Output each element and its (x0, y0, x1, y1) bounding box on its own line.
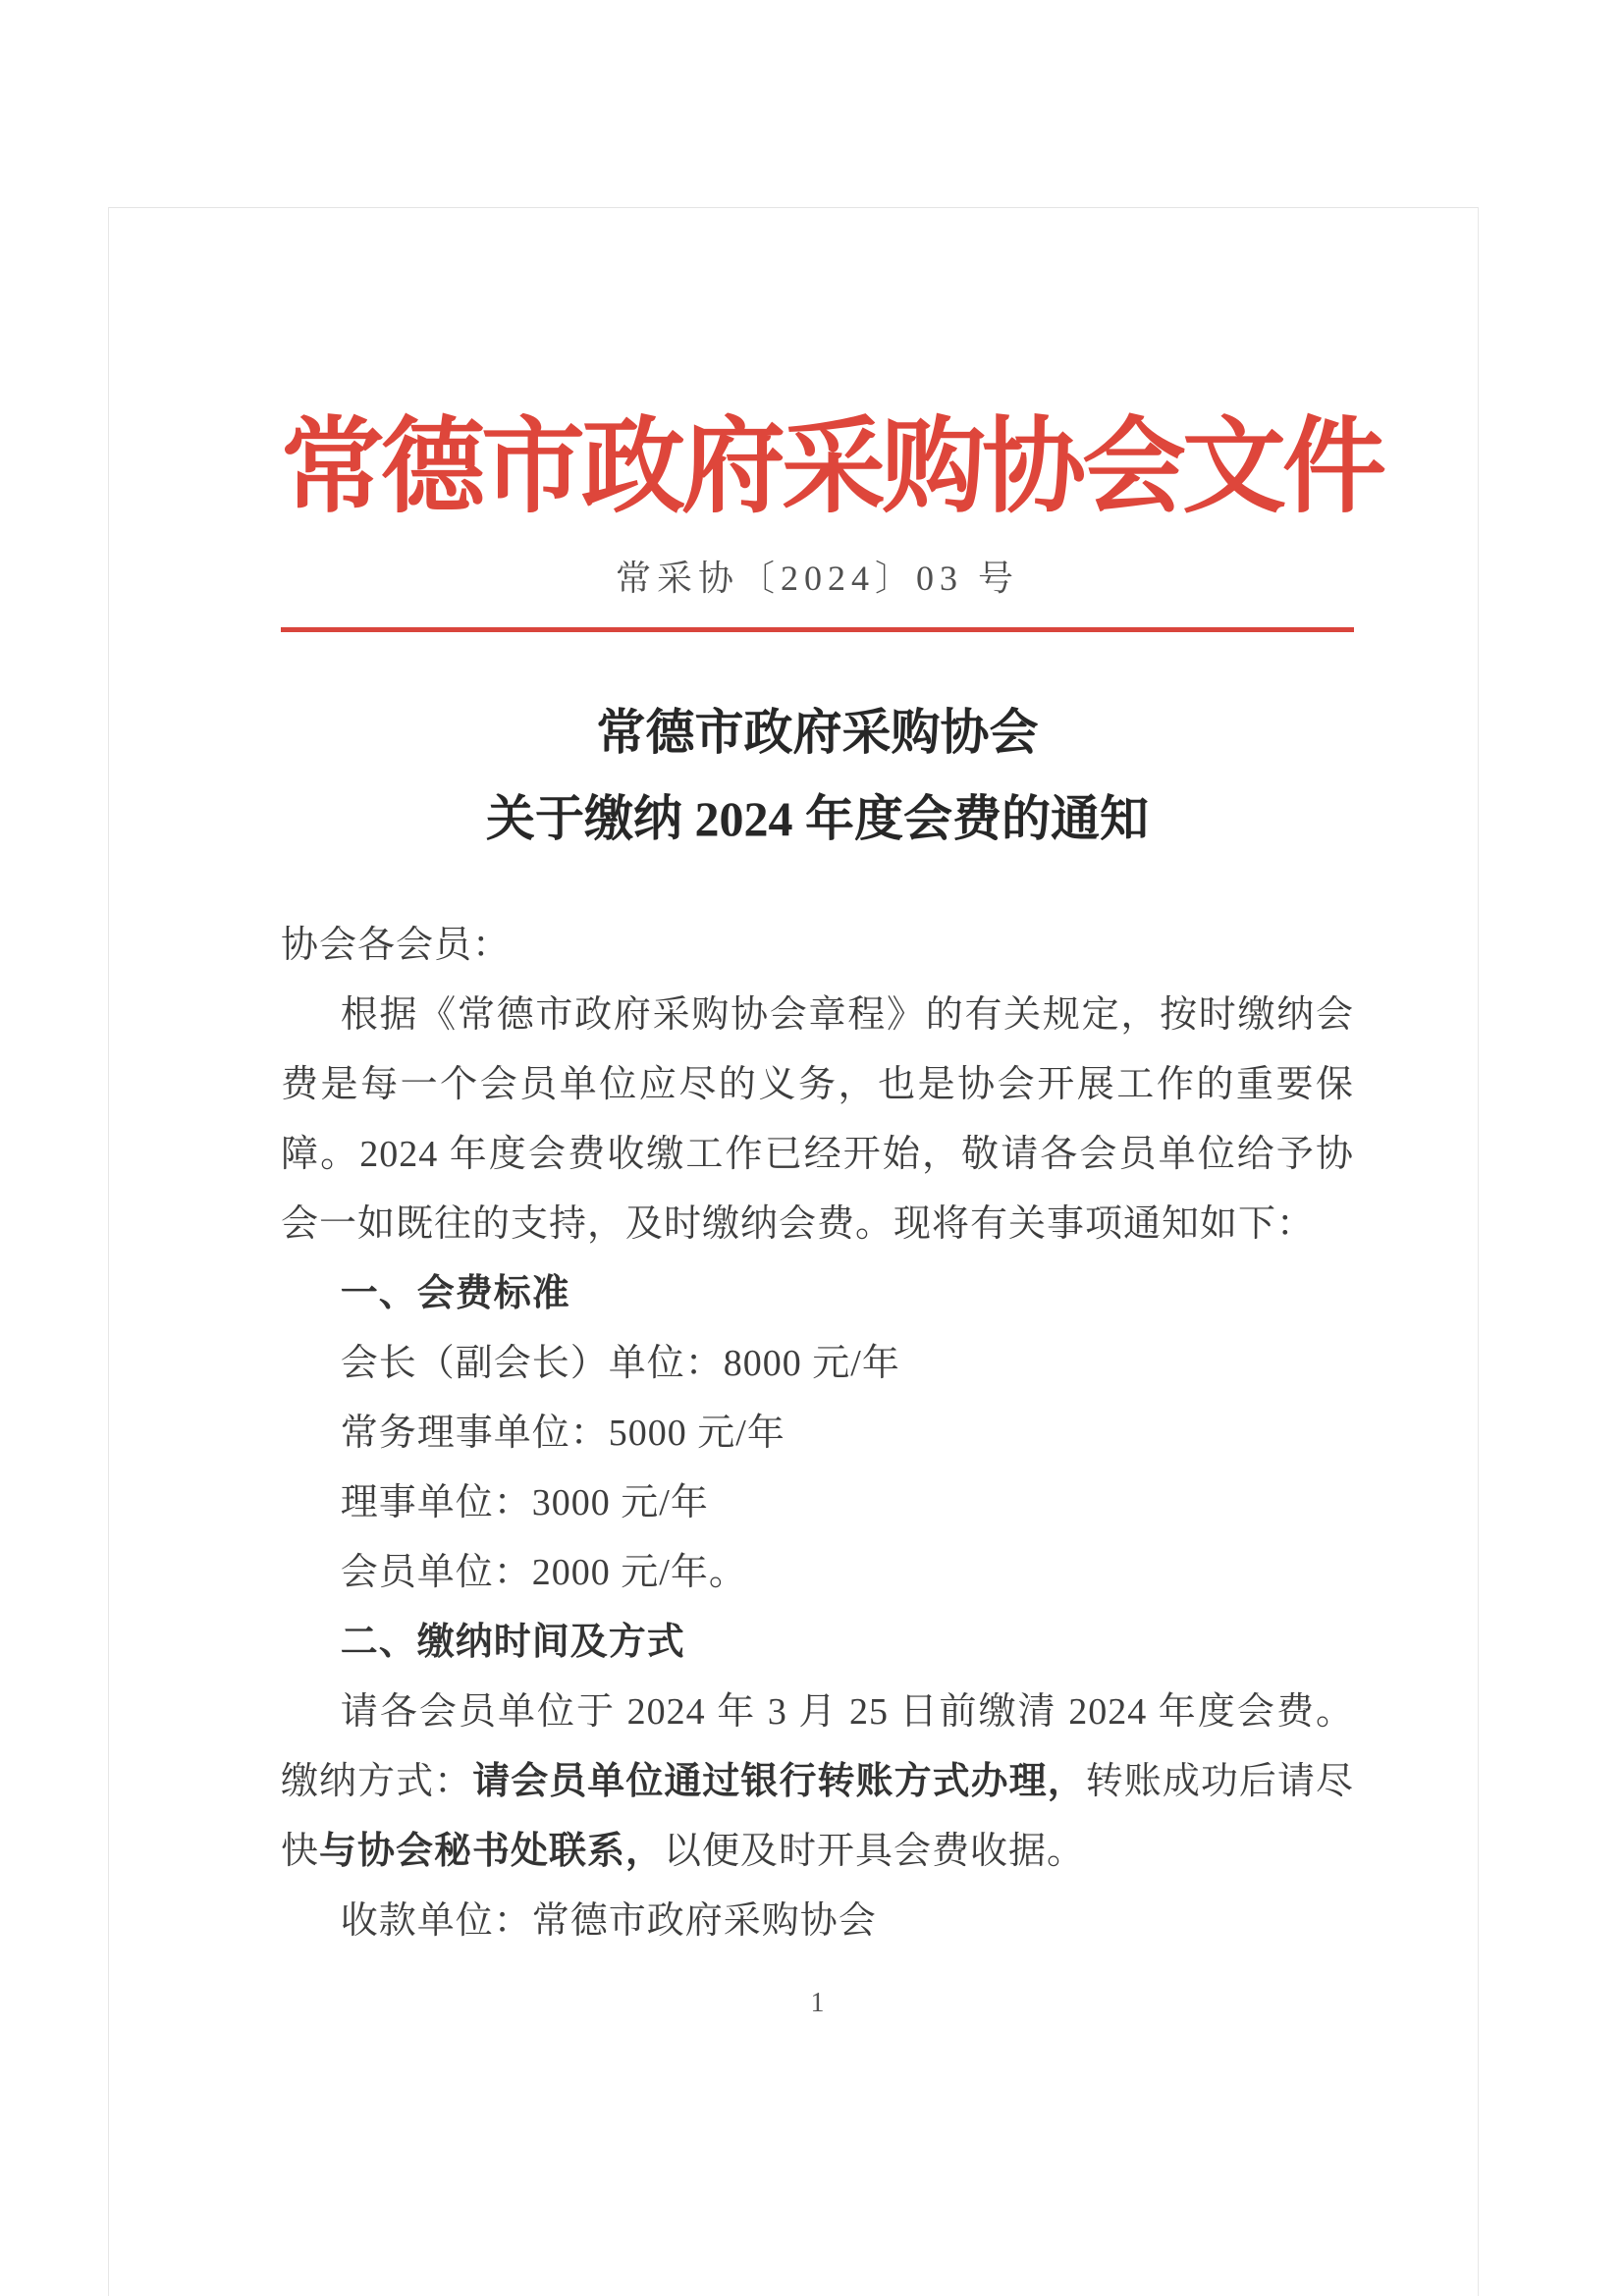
fee-line-executive-director: 常务理事单位：5000 元/年 (281, 1399, 1354, 1468)
payment-run-5: 以便及时开具会费收据。 (664, 1831, 1085, 1872)
payment-run-2-bold: 请会员单位通过银行转账方式办理， (472, 1761, 1086, 1802)
salutation: 协会各会员： (281, 911, 1354, 981)
payee-line: 收款单位：常德市政府采购协会 (281, 1887, 1354, 1956)
payment-run-4-bold: 与协会秘书处联系， (319, 1831, 664, 1872)
red-divider (281, 627, 1354, 632)
fee-line-director: 理事单位：3000 元/年 (281, 1468, 1354, 1538)
page-number: 1 (281, 1984, 1354, 2023)
payment-paragraph: 请各会员单位于 2024 年 3 月 25 日前缴清 2024 年度会费。缴纳方… (281, 1678, 1354, 1887)
intro-paragraph: 根据《常德市政府采购协会章程》的有关规定，按时缴纳会费是每一个会员单位应尽的义务… (281, 981, 1354, 1259)
notice-title-line1: 常德市政府采购协会 (281, 689, 1354, 775)
fee-line-member: 会员单位：2000 元/年。 (281, 1538, 1354, 1608)
notice-title-line2: 关于缴纳 2024 年度会费的通知 (281, 775, 1354, 862)
fee-line-chairman: 会长（副会长）单位：8000 元/年 (281, 1329, 1354, 1399)
section-2-heading: 二、缴纳时间及方式 (281, 1608, 1354, 1678)
document-page: 常德市政府采购协会文件 常采协〔2024〕03 号 常德市政府采购协会 关于缴纳… (108, 207, 1479, 2296)
section-1-heading: 一、会费标准 (281, 1259, 1354, 1329)
notice-body: 协会各会员： 根据《常德市政府采购协会章程》的有关规定，按时缴纳会费是每一个会员… (281, 911, 1354, 1956)
notice-title: 常德市政府采购协会 关于缴纳 2024 年度会费的通知 (281, 689, 1354, 862)
letterhead-title: 常德市政府采购协会文件 (281, 409, 1354, 527)
doc-number: 常采协〔2024〕03 号 (281, 555, 1354, 602)
